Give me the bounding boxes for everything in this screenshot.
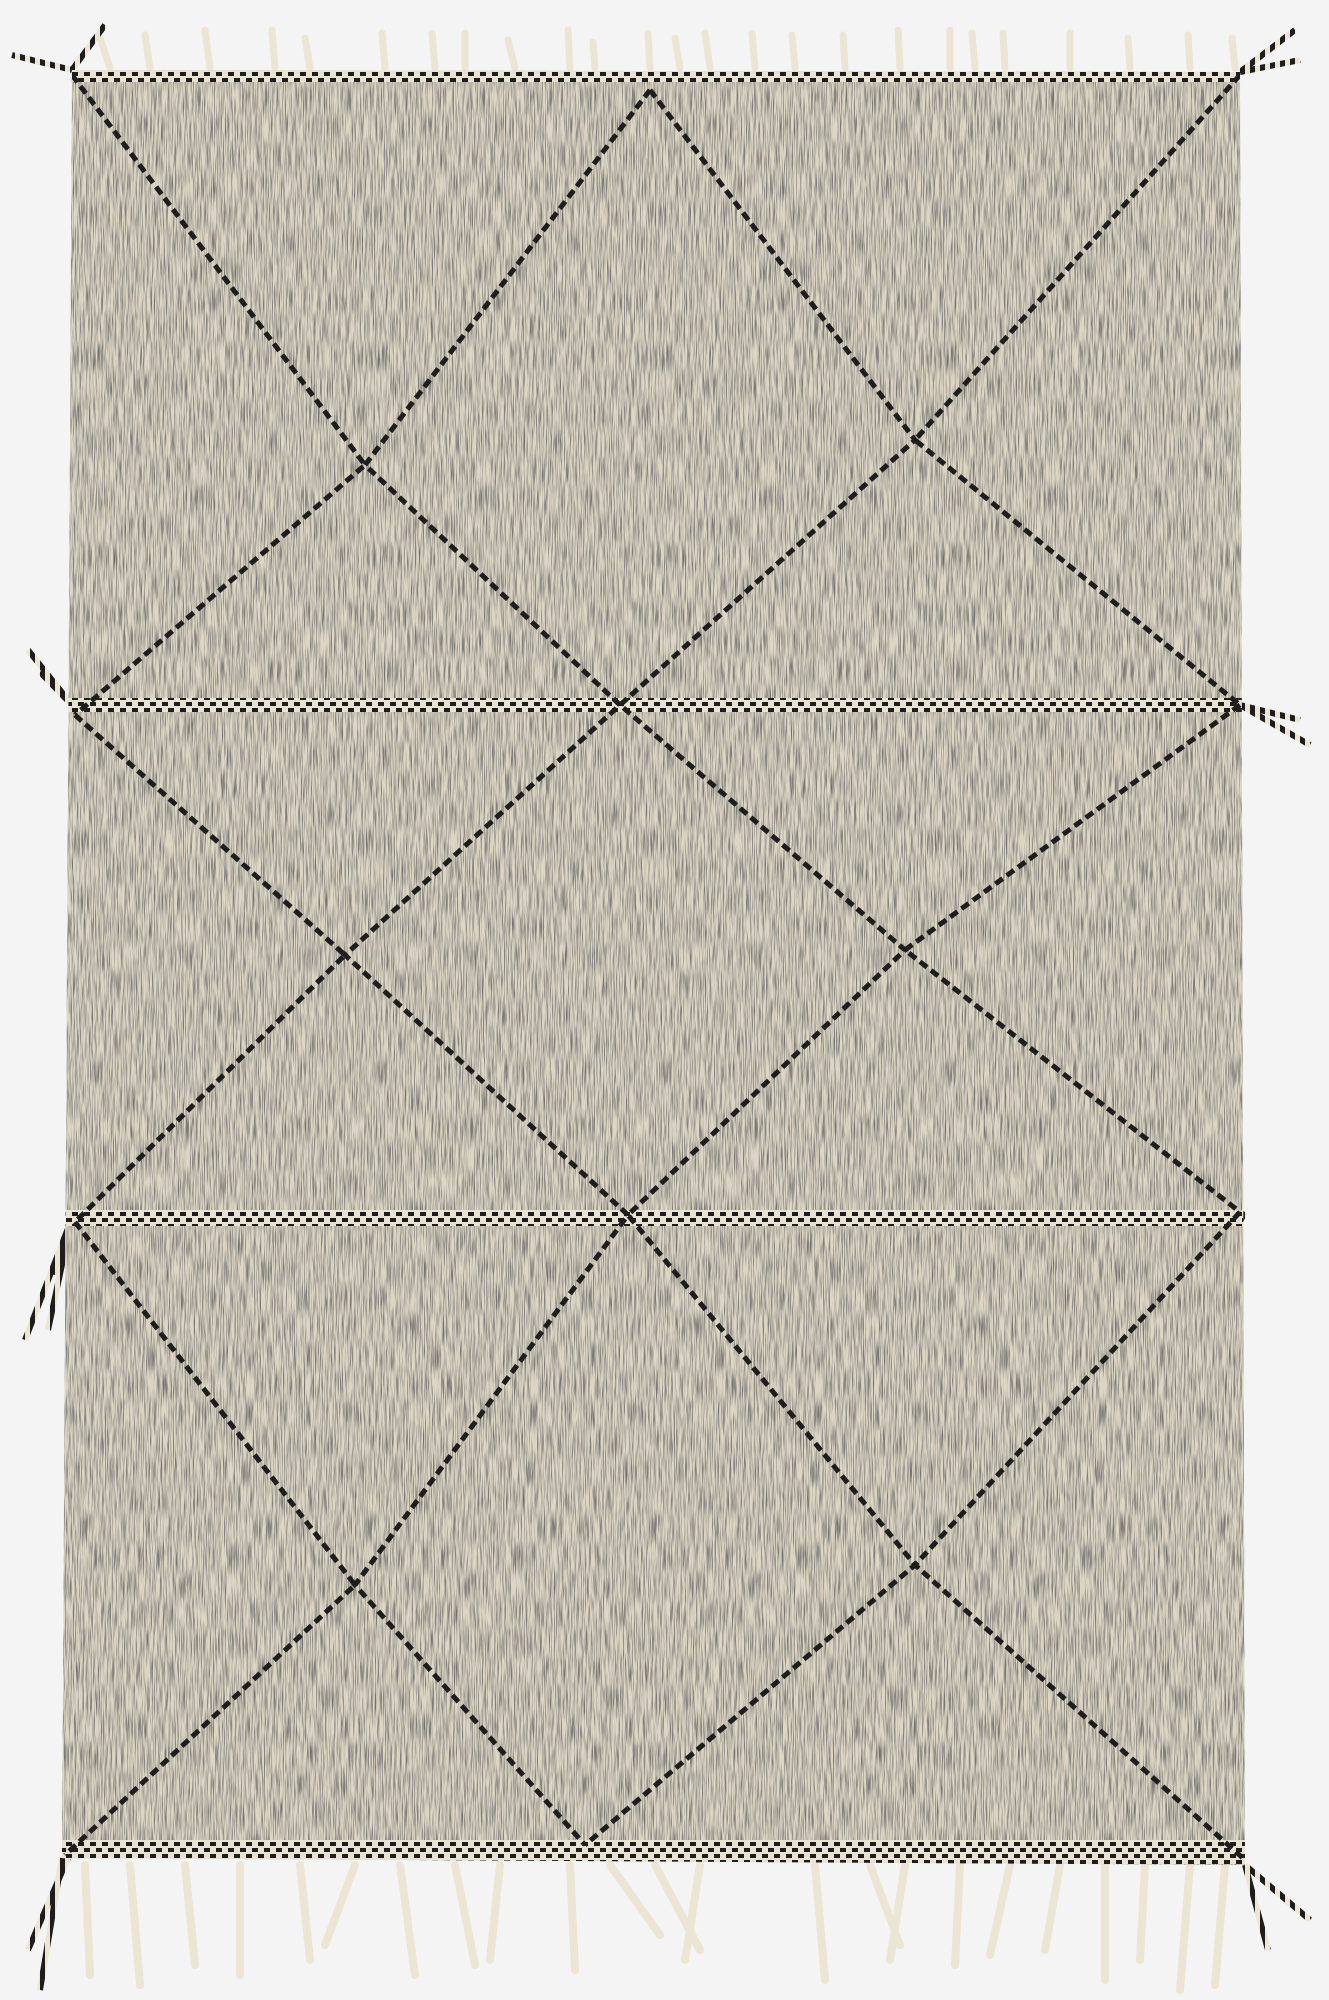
- top-fringe: [100, 30, 1235, 68]
- bottom-fringe: [85, 1865, 1225, 1990]
- bottom-corner-ties: [28, 1858, 1310, 1990]
- rug-photo: [0, 0, 1329, 2000]
- rug-body: [0, 0, 1329, 2000]
